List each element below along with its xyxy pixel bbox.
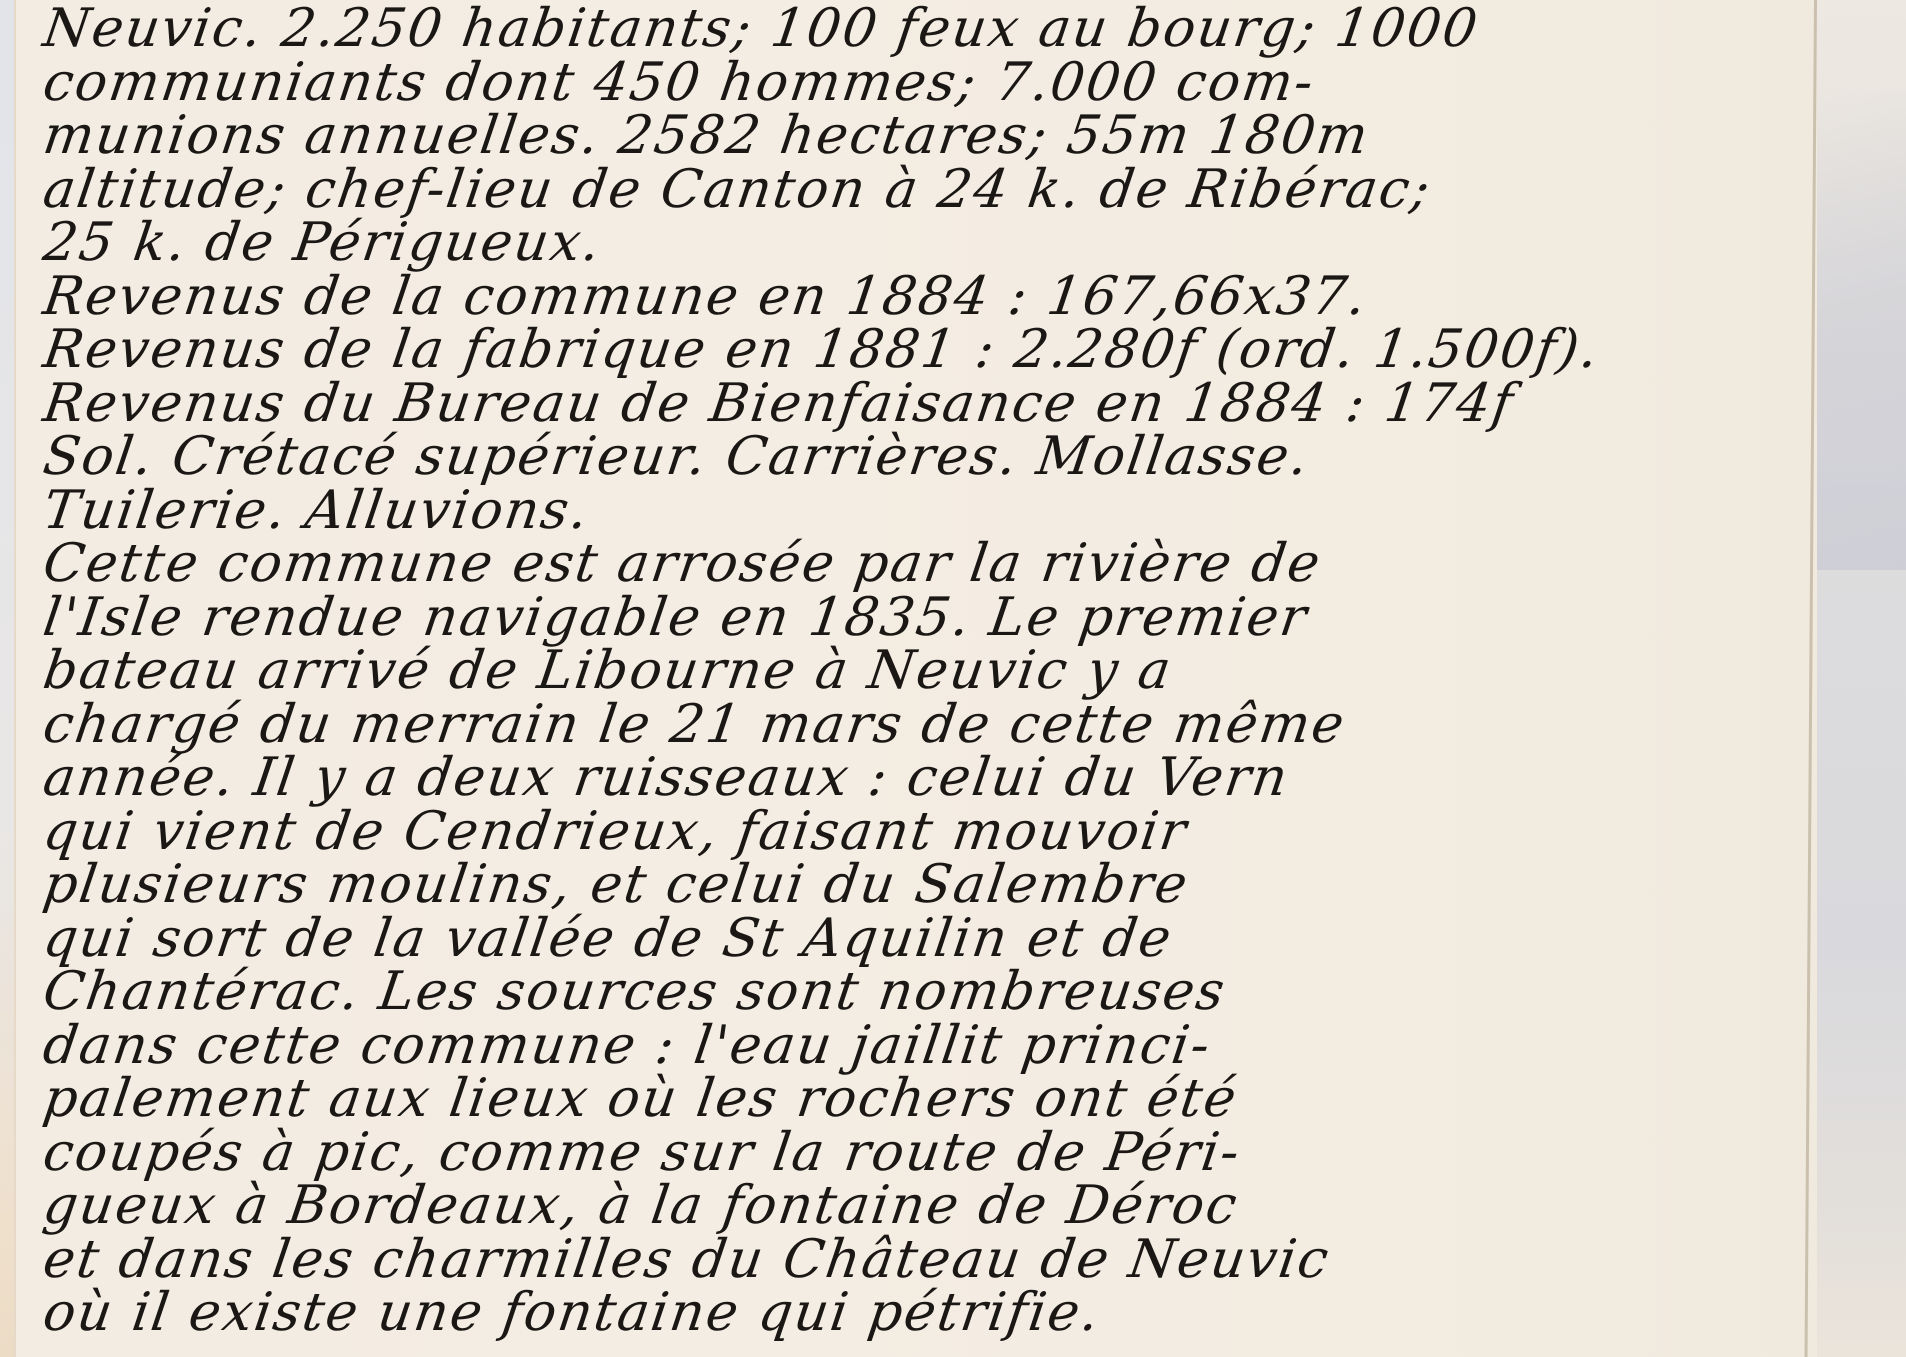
text-line-13: bateau arrivé de Libourne à Neuvic y a — [40, 644, 1828, 698]
text-line-8: Revenus du Bureau de Bienfaisance en 188… — [40, 377, 1828, 431]
text-line-14: chargé du merrain le 21 mars de cette mê… — [40, 698, 1828, 752]
text-line-20: dans cette commune : l'eau jaillit princ… — [40, 1019, 1828, 1073]
text-line-15: année. Il y a deux ruisseaux : celui du … — [40, 751, 1828, 805]
text-line-21: palement aux lieux où les rochers ont ét… — [40, 1072, 1828, 1126]
paper-left-border — [14, 0, 16, 1357]
text-line-2: communiants dont 450 hommes; 7.000 com- — [40, 56, 1828, 110]
text-line-19: Chantérac. Les sources sont nombreuses — [40, 965, 1828, 1019]
text-line-4: altitude; chef-lieu de Canton à 24 k. de… — [40, 163, 1828, 217]
text-line-22: coupés à pic, comme sur la route de Péri… — [40, 1126, 1828, 1180]
text-line-18: qui sort de la vallée de St Aquilin et d… — [40, 912, 1828, 966]
text-line-25: où il existe une fontaine qui pétrifie. — [40, 1286, 1828, 1340]
text-line-23: gueux à Bordeaux, à la fontaine de Déroc — [40, 1179, 1828, 1233]
handwritten-text-block: Neuvic. 2.250 habitants; 100 feux au bou… — [40, 2, 1820, 1340]
text-line-1: Neuvic. 2.250 habitants; 100 feux au bou… — [40, 2, 1828, 56]
text-line-9: Sol. Crétacé supérieur. Carrières. Molla… — [40, 430, 1828, 484]
text-line-16: qui vient de Cendrieux, faisant mouvoir — [40, 805, 1828, 859]
text-line-7: Revenus de la fabrique en 1881 : 2.280f … — [40, 323, 1828, 377]
text-line-24: et dans les charmilles du Château de Neu… — [40, 1233, 1828, 1287]
backdrop-shadow — [1817, 90, 1906, 570]
text-line-17: plusieurs moulins, et celui du Salembre — [40, 858, 1828, 912]
text-line-11: Cette commune est arrosée par la rivière… — [40, 537, 1828, 591]
text-line-10: Tuilerie. Alluvions. — [40, 484, 1828, 538]
text-line-3: munions annuelles. 2582 hectares; 55m 18… — [40, 109, 1828, 163]
text-line-12: l'Isle rendue navigable en 1835. Le prem… — [40, 591, 1828, 645]
text-line-5: 25 k. de Périgueux. — [40, 216, 1828, 270]
manuscript-scan: Neuvic. 2.250 habitants; 100 feux au bou… — [0, 0, 1906, 1357]
text-line-6: Revenus de la commune en 1884 : 167,66x3… — [40, 270, 1828, 324]
paper-left-edge — [0, 0, 14, 1357]
